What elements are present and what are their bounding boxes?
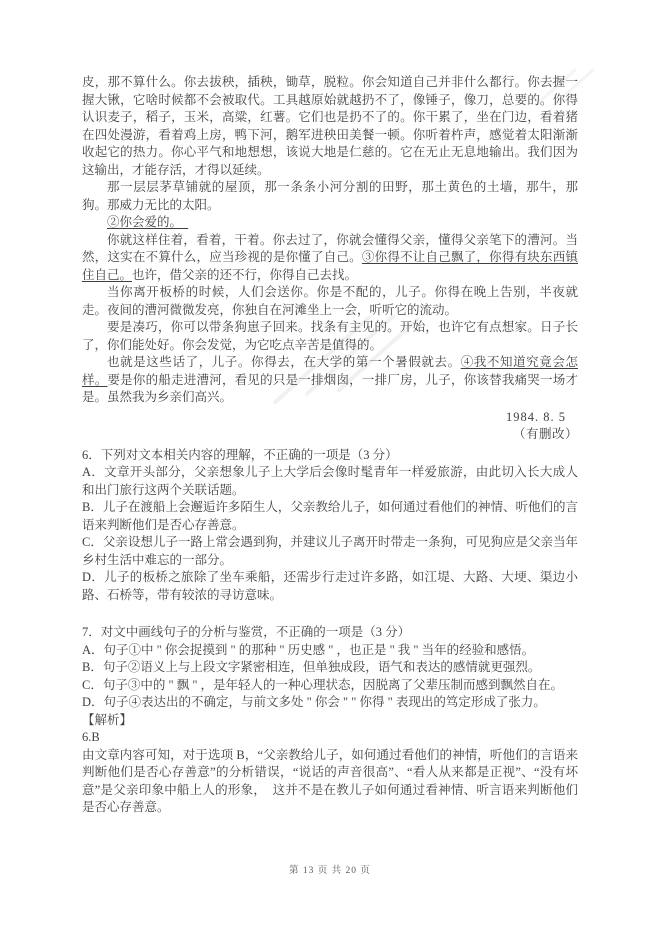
question-option: A．文章开头部分，父亲想象儿子上大学后会像时髦青年一样爱旅游，由此切入长大成人和… (82, 464, 578, 499)
passage: 皮，那不算什么。你去拔秧，插秧，锄草，脱粒。你会知道自己并非什么都行。你去握一握… (82, 74, 578, 407)
page-footer: 第 13 页 共 20 页 (0, 862, 660, 876)
passage-paragraph: 也就是这些话了，儿子。你得去，在大学的第一个暑假就去。④我不知道究竟会怎样。要是… (82, 354, 578, 407)
question-stem: 7．对文中画线句子的分析与鉴赏，不正确的一项是（3 分） (82, 624, 578, 642)
analysis-body: 由文章内容可知，对于选项 B，“父亲教给儿子，如何通过看他们的神情，听他们的言语… (82, 747, 578, 817)
page-content: 皮，那不算什么。你去拔秧，插秧，锄草，脱粒。你会知道自己并非什么都行。你去握一握… (82, 74, 578, 817)
passage-date: 1984. 8. 5 (82, 409, 578, 427)
question-block: 7．对文中画线句子的分析与鉴赏，不正确的一项是（3 分）A．句子①中 " 你会捉… (82, 624, 578, 712)
passage-paragraph: 皮，那不算什么。你去拔秧，插秧，锄草，脱粒。你会知道自己并非什么都行。你去握一握… (82, 74, 578, 179)
passage-paragraph: ②你会爱的。 (82, 214, 578, 232)
text-run: 也许，借父亲的还不行，你得自己去找。 (132, 268, 357, 282)
question-option: D．儿子的板桥之旅除了坐车乘船，还需步行走过许多路，如江堤、大路、大埂、渠边小路… (82, 569, 578, 604)
text-run: 皮，那不算什么。你去拔秧，插秧，锄草，脱粒。你会知道自己并非什么都行。你去握一握… (82, 75, 578, 177)
question-option: D．句子④表达出的不确定，与前文多处 " 你会 " " 你得 " 表现出的笃定形… (82, 694, 578, 712)
question-option: B．句子②语义上与上段文字紧密相连，但单独成段，语气和表达的感情就更强烈。 (82, 659, 578, 677)
analysis-answer: 6.B (82, 729, 578, 747)
document-page: 皮，那不算什么。你去拔秧，插秧，锄草，脱粒。你会知道自己并非什么都行。你去握一握… (0, 0, 660, 933)
text-run: 要是凑巧，你可以带条狗崽子回来。找条有主见的。开始，也许它有点想家。日子长了，你… (82, 320, 578, 352)
passage-paragraph: 你就这样住着，看着，干着。你去过了，你就会懂得父亲，懂得父亲笔下的漕河。当然，这… (82, 232, 578, 285)
passage-paragraph: 那一层层茅草铺就的屋顶，那一条条小河分割的田野，那土黄色的土墙，那牛，那狗。那威… (82, 179, 578, 214)
underlined-sentence: ②你会爱的。 (107, 215, 188, 229)
question-stem: 6．下列对文本相关内容的理解，不正确的一项是（3 分） (82, 447, 578, 465)
analysis-header: 【解析】 (82, 712, 578, 730)
text-run: 当你离开板桥的时候，人们会送你。你是不配的，儿子。你得在晚上告别，半夜就走。夜间… (82, 285, 578, 317)
analysis-section: 【解析】 6.B 由文章内容可知，对于选项 B，“父亲教给儿子，如何通过看他们的… (82, 712, 578, 817)
question-option: B．儿子在渡船上会邂逅许多陌生人，父亲教给儿子，如何通过看他们的神情、听他们的言… (82, 499, 578, 534)
passage-paragraph: 当你离开板桥的时候，人们会送你。你是不配的，儿子。你得在晚上告别，半夜就走。夜间… (82, 284, 578, 319)
text-run: 要是你的船走进漕河，看见的只是一排烟囱，一排厂房，儿子，你该替我痛哭一场才是。虽… (82, 373, 578, 405)
passage-paragraph: 要是凑巧，你可以带条狗崽子回来。找条有主见的。开始，也许它有点想家。日子长了，你… (82, 319, 578, 354)
question-option: A．句子①中 " 你会捉摸到 " 的那种 " 历史感 " ，也正是 " 我 " … (82, 642, 578, 660)
question-block: 6．下列对文本相关内容的理解，不正确的一项是（3 分）A．文章开头部分，父亲想象… (82, 447, 578, 605)
page-indicator: 第 13 页 共 20 页 (289, 866, 371, 876)
date-block: 1984. 8. 5 （有删改） (82, 409, 578, 444)
text-run: 那一层层茅草铺就的屋顶，那一条条小河分割的田野，那土黄色的土墙，那牛，那狗。那威… (82, 180, 578, 212)
questions-section: 6．下列对文本相关内容的理解，不正确的一项是（3 分）A．文章开头部分，父亲想象… (82, 447, 578, 712)
question-option: C．父亲设想儿子一路上常会遇到狗，并建议儿子离开时带走一条狗，可见狗应是父亲当年… (82, 534, 578, 569)
text-run: 也就是这些话了，儿子。你得去，在大学的第一个暑假就去。 (107, 355, 461, 369)
question-option: C．句子③中的 " 飘 " ，是年轻人的一种心理状态，因脱离了父辈压制而感到飘然… (82, 677, 578, 695)
passage-edit-note: （有删改） (82, 426, 578, 444)
